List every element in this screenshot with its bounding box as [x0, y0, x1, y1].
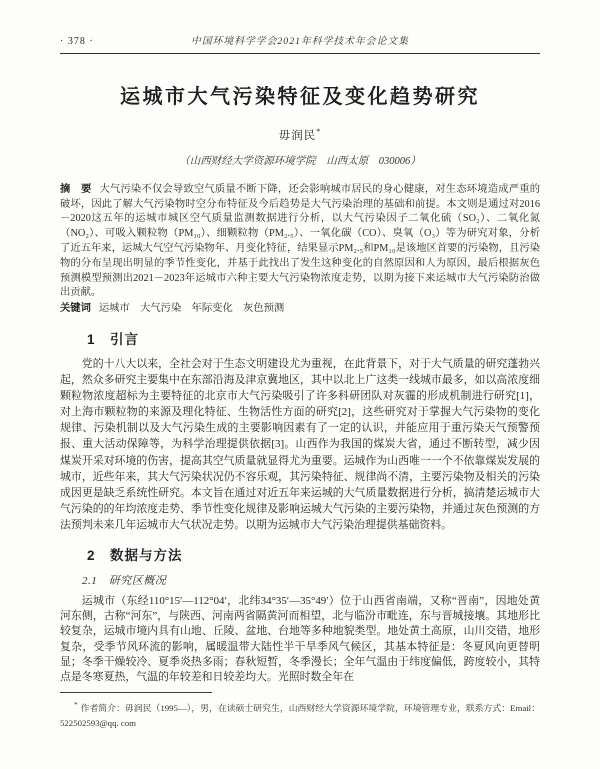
paper-page: · 378 · 中国环境科学学会2021年科学技术年会论文集 运城市大气污染特征…: [0, 0, 600, 769]
article-title: 运城市大气污染特征及变化趋势研究: [60, 84, 540, 110]
keywords-text: 运城市 大气污染 年际变化 灰色预测: [99, 303, 284, 314]
footnote-rule: [60, 692, 212, 693]
header-rule: [60, 53, 540, 54]
footnote-text: 作者简介：毋润民（1995—），男，在读硕士研究生，山西财经大学资源环境学院，环…: [60, 703, 540, 728]
affiliation: （山西财经大学资源环境学院 山西太原 030006）: [60, 155, 540, 168]
author-footnote-marker: *: [316, 127, 321, 136]
keywords-line: 关键词运城市 大气污染 年际变化 灰色预测: [60, 302, 540, 317]
section-1-heading: 1 引言: [87, 330, 540, 350]
section-1-paragraph: 党的十八大以来，全社会对于生态文明建设尤为重视，在此背景下，对于大气质量的研究蓬…: [60, 356, 540, 533]
abstract-label: 摘 要: [60, 184, 91, 195]
author-name: 毋润民: [279, 130, 317, 142]
keywords-label: 关键词: [60, 303, 91, 314]
author-line: 毋润民*: [60, 124, 540, 144]
running-header: · 378 · 中国环境科学学会2021年科学技术年会论文集: [60, 36, 540, 48]
page-number: · 378 ·: [60, 36, 150, 48]
author-bio-footnote: *作者简介：毋润民（1995—），男，在读硕士研究生，山西财经大学资源环境学院，…: [60, 698, 540, 730]
section-2-1-paragraph: 运城市（东经110°15′—112°04′，北纬34°35′—35°49′）位于…: [60, 594, 540, 685]
section-2-1-heading: 2.1 研究区概况: [82, 574, 540, 589]
abstract-text: 大气污染不仅会导致空气质量不断下降，还会影响城市居民的身心健康，对生态环境造成严…: [60, 184, 540, 299]
footnote-marker: *: [74, 701, 78, 709]
section-2-heading: 2 数据与方法: [87, 546, 540, 566]
proceedings-title: 中国环境科学学会2021年科学技术年会论文集: [150, 36, 450, 48]
abstract-paragraph: 摘 要大气污染不仅会导致空气质量不断下降，还会影响城市居民的身心健康，对生态环境…: [60, 183, 540, 301]
